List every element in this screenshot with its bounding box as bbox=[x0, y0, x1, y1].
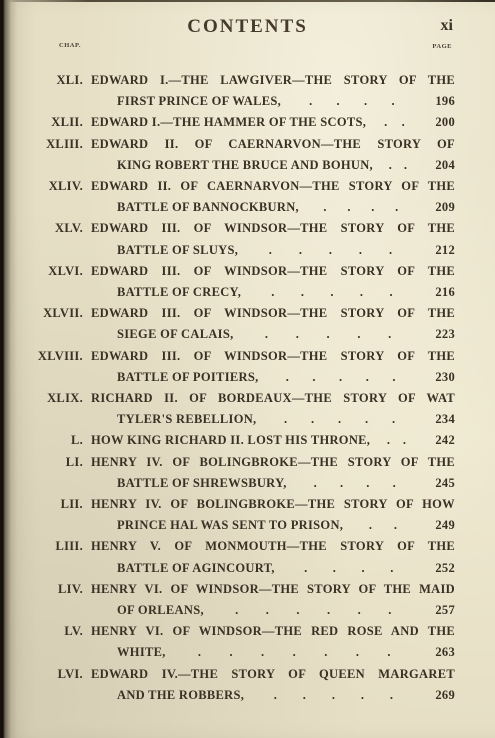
entry-body: EDWARD III. OF WINDSOR—THE STORY OF THES… bbox=[91, 303, 455, 345]
leader-dot: . bbox=[330, 282, 333, 303]
toc-entry: XLIV.EDWARD II. OF CAERNARVON—THE STORY … bbox=[28, 176, 455, 218]
entry-page-number: 257 bbox=[423, 600, 455, 621]
leader-dot: . bbox=[403, 430, 406, 451]
leader-dot: . bbox=[198, 642, 201, 663]
toc-entry: LIII.HENRY V. OF MONMOUTH—THE STORY OF T… bbox=[28, 536, 455, 578]
chapter-number: LVI. bbox=[28, 664, 91, 685]
leader-dot: . bbox=[390, 558, 393, 579]
leader-dot: . bbox=[293, 642, 296, 663]
toc-entry: LVI.EDWARD IV.—THE STORY OF QUEEN MARGAR… bbox=[28, 664, 455, 706]
leader-dot: . bbox=[389, 240, 392, 261]
leader-dot: . bbox=[284, 409, 287, 430]
entry-text: FIRST PRINCE OF WALES, bbox=[91, 91, 281, 112]
leader-dot: . bbox=[361, 685, 364, 706]
leader-dot: . bbox=[324, 642, 327, 663]
leader-dot: . bbox=[314, 473, 317, 494]
entry-body: RICHARD II. OF BORDEAUX—THE STORY OF WAT… bbox=[91, 388, 455, 430]
folio-number: xi bbox=[441, 17, 453, 35]
leader-dot: . bbox=[387, 430, 390, 451]
entry-page-line: HOW KING RICHARD II. LOST HIS THRONE,..2… bbox=[91, 430, 455, 451]
entry-title-line: HENRY IV. OF BOLINGBROKE—THE STORY OF TH… bbox=[91, 452, 455, 473]
entry-title-line: HENRY VI. OF WINDSOR—THE STORY OF THE MA… bbox=[91, 579, 455, 600]
entry-page-line: TYLER'S REBELLION,.....234 bbox=[91, 409, 455, 430]
leader-dot: . bbox=[339, 367, 342, 388]
entry-text: BATTLE OF POITIERS, bbox=[91, 367, 259, 388]
entry-text: EDWARD I.—THE HAMMER OF THE SCOTS, bbox=[91, 112, 366, 133]
dot-leader: ...... bbox=[204, 600, 423, 621]
chapter-number: LV. bbox=[28, 621, 91, 642]
leader-dot: . bbox=[274, 685, 277, 706]
leader-dot: . bbox=[311, 409, 314, 430]
leader-dot: . bbox=[388, 600, 391, 621]
entry-title-line: EDWARD II. OF CAERNARVON—THE STORY OF bbox=[91, 134, 455, 155]
dot-leader: ....... bbox=[166, 642, 423, 663]
entry-body: HENRY VI. OF WINDSOR—THE STORY OF THE MA… bbox=[91, 579, 455, 621]
chapter-number: XLVIII. bbox=[28, 346, 91, 367]
leader-dot: . bbox=[309, 91, 312, 112]
entry-page-number: 249 bbox=[423, 515, 455, 536]
dot-leader: .. bbox=[370, 430, 423, 451]
leader-dot: . bbox=[329, 240, 332, 261]
entry-title-line: RICHARD II. OF BORDEAUX—THE STORY OF WAT bbox=[91, 388, 455, 409]
entry-body: HENRY VI. OF WINDSOR—THE RED ROSE AND TH… bbox=[91, 621, 455, 663]
entry-page-number: 216 bbox=[423, 282, 455, 303]
entry-title-line: EDWARD III. OF WINDSOR—THE STORY OF THE bbox=[91, 218, 455, 239]
entry-page-number: 223 bbox=[423, 324, 455, 345]
leader-dot: . bbox=[323, 197, 326, 218]
leader-dot: . bbox=[235, 600, 238, 621]
entry-body: EDWARD IV.—THE STORY OF QUEEN MARGARETAN… bbox=[91, 664, 455, 706]
dot-leader: .. bbox=[373, 155, 423, 176]
leader-dot: . bbox=[337, 91, 340, 112]
entry-body: EDWARD I.—THE HAMMER OF THE SCOTS,..200 bbox=[91, 112, 455, 133]
entry-page-line: BATTLE OF POITIERS,.....230 bbox=[91, 367, 455, 388]
entry-text: BATTLE OF SLUYS, bbox=[91, 240, 238, 261]
entry-body: EDWARD III. OF WINDSOR—THE STORY OF THEB… bbox=[91, 218, 455, 260]
leader-dot: . bbox=[266, 600, 269, 621]
leader-dot: . bbox=[404, 155, 407, 176]
entry-page-line: SIEGE OF CALAIS,.....223 bbox=[91, 324, 455, 345]
toc-entry: L.HOW KING RICHARD II. LOST HIS THRONE,.… bbox=[28, 430, 455, 451]
leader-dot: . bbox=[390, 685, 393, 706]
dot-leader: .... bbox=[281, 91, 423, 112]
entry-page-line: BATTLE OF SHREWSBURY,....245 bbox=[91, 473, 455, 494]
toc-entry: XLVIII.EDWARD III. OF WINDSOR—THE STORY … bbox=[28, 346, 455, 388]
leader-dot: . bbox=[392, 409, 395, 430]
dot-leader: ..... bbox=[259, 367, 424, 388]
leader-dot: . bbox=[327, 324, 330, 345]
leader-dot: . bbox=[358, 600, 361, 621]
entry-page-line: KING ROBERT THE BRUCE AND BOHUN,..204 bbox=[91, 155, 455, 176]
entry-body: EDWARD III. OF WINDSOR—THE STORY OF THEB… bbox=[91, 346, 455, 388]
leader-dot: . bbox=[360, 282, 363, 303]
entry-body: EDWARD II. OF CAERNARVON—THE STORY OFKIN… bbox=[91, 134, 455, 176]
page-header: CONTENTS xi CHAP. PAGE bbox=[0, 0, 495, 54]
leader-dot: . bbox=[384, 112, 387, 133]
leader-dot: . bbox=[394, 515, 397, 536]
leader-dot: . bbox=[393, 473, 396, 494]
entry-title-line: EDWARD I.—THE LAWGIVER—THE STORY OF THE bbox=[91, 70, 455, 91]
entry-body: EDWARD I.—THE LAWGIVER—THE STORY OF THEF… bbox=[91, 70, 455, 112]
chapter-number: LII. bbox=[28, 494, 91, 515]
leader-dot: . bbox=[366, 367, 369, 388]
chapter-number: XLIII. bbox=[28, 134, 91, 155]
entry-title-line: EDWARD II. OF CAERNARVON—THE STORY OF TH… bbox=[91, 176, 455, 197]
toc-entry: LII.HENRY IV. OF BOLINGBROKE—THE STORY O… bbox=[28, 494, 455, 536]
toc-list: XLI.EDWARD I.—THE LAWGIVER—THE STORY OF … bbox=[28, 70, 455, 706]
entry-page-number: 200 bbox=[423, 112, 455, 133]
page-title: CONTENTS bbox=[0, 16, 495, 38]
leader-dot: . bbox=[391, 91, 394, 112]
entry-body: HOW KING RICHARD II. LOST HIS THRONE,..2… bbox=[91, 430, 455, 451]
leader-dot: . bbox=[402, 112, 405, 133]
leader-dot: . bbox=[304, 558, 307, 579]
leader-dot: . bbox=[303, 685, 306, 706]
leader-dot: . bbox=[269, 240, 272, 261]
entry-text: OF ORLEANS, bbox=[91, 600, 204, 621]
entry-title-line: EDWARD III. OF WINDSOR—THE STORY OF THE bbox=[91, 303, 455, 324]
entry-page-number: 252 bbox=[423, 558, 455, 579]
leader-dot: . bbox=[389, 155, 392, 176]
entry-page-number: 269 bbox=[423, 685, 455, 706]
entry-page-number: 196 bbox=[423, 91, 455, 112]
entry-page-line: AND THE ROBBERS,.....269 bbox=[91, 685, 455, 706]
leader-dot: . bbox=[364, 91, 367, 112]
entry-title-line: HENRY VI. OF WINDSOR—THE RED ROSE AND TH… bbox=[91, 621, 455, 642]
toc-entry: XLIX.RICHARD II. OF BORDEAUX—THE STORY O… bbox=[28, 388, 455, 430]
entry-page-line: PRINCE HAL WAS SENT TO PRISON,..249 bbox=[91, 515, 455, 536]
leader-dot: . bbox=[362, 558, 365, 579]
chapter-number: LIII. bbox=[28, 536, 91, 557]
leader-dot: . bbox=[347, 197, 350, 218]
leader-dot: . bbox=[369, 515, 372, 536]
leader-dot: . bbox=[389, 282, 392, 303]
entry-text: HOW KING RICHARD II. LOST HIS THRONE, bbox=[91, 430, 370, 451]
leader-dot: . bbox=[327, 600, 330, 621]
entry-page-number: 230 bbox=[423, 367, 455, 388]
leader-dot: . bbox=[371, 197, 374, 218]
entry-page-line: BATTLE OF CRECY,.....216 bbox=[91, 282, 455, 303]
entry-page-number: 245 bbox=[423, 473, 455, 494]
chapter-number: XLIX. bbox=[28, 388, 91, 409]
entry-title-line: HENRY IV. OF BOLINGBROKE—THE STORY OF HO… bbox=[91, 494, 455, 515]
entry-text: TYLER'S REBELLION, bbox=[91, 409, 256, 430]
entry-page-line: WHITE,.......263 bbox=[91, 642, 455, 663]
chapter-number: XLVI. bbox=[28, 261, 91, 282]
leader-dot: . bbox=[265, 324, 268, 345]
toc-entry: LV.HENRY VI. OF WINDSOR—THE RED ROSE AND… bbox=[28, 621, 455, 663]
leader-dot: . bbox=[271, 282, 274, 303]
leader-dot: . bbox=[301, 282, 304, 303]
leader-dot: . bbox=[388, 324, 391, 345]
book-gutter-edge bbox=[0, 0, 18, 738]
dot-leader: ..... bbox=[256, 409, 423, 430]
leader-dot: . bbox=[296, 600, 299, 621]
dot-leader: .... bbox=[275, 558, 423, 579]
leader-dot: . bbox=[366, 473, 369, 494]
entry-page-line: BATTLE OF AGINCOURT,....252 bbox=[91, 558, 455, 579]
entry-page-number: 263 bbox=[423, 642, 455, 663]
entry-page-line: BATTLE OF SLUYS,.....212 bbox=[91, 240, 455, 261]
entry-title-line: EDWARD III. OF WINDSOR—THE STORY OF THE bbox=[91, 261, 455, 282]
entry-page-number: 212 bbox=[423, 240, 455, 261]
entry-text: SIEGE OF CALAIS, bbox=[91, 324, 234, 345]
entry-body: HENRY IV. OF BOLINGBROKE—THE STORY OF TH… bbox=[91, 452, 455, 494]
toc-entry: XLVII.EDWARD III. OF WINDSOR—THE STORY O… bbox=[28, 303, 455, 345]
entry-text: KING ROBERT THE BRUCE AND BOHUN, bbox=[91, 155, 373, 176]
leader-dot: . bbox=[357, 324, 360, 345]
leader-dot: . bbox=[333, 558, 336, 579]
dot-leader: ..... bbox=[241, 282, 423, 303]
entry-body: HENRY V. OF MONMOUTH—THE STORY OF THEBAT… bbox=[91, 536, 455, 578]
leader-dot: . bbox=[387, 642, 390, 663]
entry-page-number: 242 bbox=[423, 430, 455, 451]
leader-dot: . bbox=[395, 197, 398, 218]
dot-leader: ..... bbox=[238, 240, 423, 261]
leader-dot: . bbox=[296, 324, 299, 345]
entry-body: EDWARD III. OF WINDSOR—THE STORY OF THEB… bbox=[91, 261, 455, 303]
chapter-number: XLVII. bbox=[28, 303, 91, 324]
leader-dot: . bbox=[392, 367, 395, 388]
chapter-column-label: CHAP. bbox=[59, 42, 81, 49]
leader-dot: . bbox=[299, 240, 302, 261]
dot-leader: .. bbox=[366, 112, 423, 133]
entry-body: HENRY IV. OF BOLINGBROKE—THE STORY OF HO… bbox=[91, 494, 455, 536]
entry-body: EDWARD II. OF CAERNARVON—THE STORY OF TH… bbox=[91, 176, 455, 218]
dot-leader: .... bbox=[287, 473, 423, 494]
entry-text: BATTLE OF AGINCOURT, bbox=[91, 558, 275, 579]
toc-entry: XLI.EDWARD I.—THE LAWGIVER—THE STORY OF … bbox=[28, 70, 455, 112]
entry-page-number: 234 bbox=[423, 409, 455, 430]
dot-leader: .. bbox=[343, 515, 423, 536]
entry-text: WHITE, bbox=[91, 642, 166, 663]
entry-text: PRINCE HAL WAS SENT TO PRISON, bbox=[91, 515, 343, 536]
dot-leader: ..... bbox=[244, 685, 423, 706]
entry-page-line: FIRST PRINCE OF WALES,....196 bbox=[91, 91, 455, 112]
leader-dot: . bbox=[229, 642, 232, 663]
toc-entry: XLV.EDWARD III. OF WINDSOR—THE STORY OF … bbox=[28, 218, 455, 260]
entry-page-number: 209 bbox=[423, 197, 455, 218]
entry-title-line: HENRY V. OF MONMOUTH—THE STORY OF THE bbox=[91, 536, 455, 557]
page-column-label: PAGE bbox=[432, 43, 452, 50]
leader-dot: . bbox=[312, 367, 315, 388]
entry-page-line: OF ORLEANS,......257 bbox=[91, 600, 455, 621]
entry-page-line: BATTLE OF BANNOCKBURN,....209 bbox=[91, 197, 455, 218]
chapter-number: XLIV. bbox=[28, 176, 91, 197]
dot-leader: .... bbox=[299, 197, 423, 218]
toc-entry: XLVI.EDWARD III. OF WINDSOR—THE STORY OF… bbox=[28, 261, 455, 303]
toc-entry: XLIII.EDWARD II. OF CAERNARVON—THE STORY… bbox=[28, 134, 455, 176]
leader-dot: . bbox=[359, 240, 362, 261]
leader-dot: . bbox=[340, 473, 343, 494]
entry-title-line: EDWARD IV.—THE STORY OF QUEEN MARGARET bbox=[91, 664, 455, 685]
entry-text: BATTLE OF BANNOCKBURN, bbox=[91, 197, 299, 218]
toc-entry: LIV.HENRY VI. OF WINDSOR—THE STORY OF TH… bbox=[28, 579, 455, 621]
leader-dot: . bbox=[261, 642, 264, 663]
chapter-number: XLI. bbox=[28, 70, 91, 91]
chapter-number: LI. bbox=[28, 452, 91, 473]
chapter-number: L. bbox=[28, 430, 91, 451]
leader-dot: . bbox=[286, 367, 289, 388]
toc-entry: LI.HENRY IV. OF BOLINGBROKE—THE STORY OF… bbox=[28, 452, 455, 494]
toc-entry: XLII.EDWARD I.—THE HAMMER OF THE SCOTS,.… bbox=[28, 112, 455, 133]
entry-page-line: EDWARD I.—THE HAMMER OF THE SCOTS,..200 bbox=[91, 112, 455, 133]
entry-page-number: 204 bbox=[423, 155, 455, 176]
dot-leader: ..... bbox=[234, 324, 423, 345]
entry-text: AND THE ROBBERS, bbox=[91, 685, 244, 706]
entry-text: BATTLE OF CRECY, bbox=[91, 282, 241, 303]
leader-dot: . bbox=[356, 642, 359, 663]
chapter-number: LIV. bbox=[28, 579, 91, 600]
leader-dot: . bbox=[332, 685, 335, 706]
chapter-number: XLV. bbox=[28, 218, 91, 239]
entry-title-line: EDWARD III. OF WINDSOR—THE STORY OF THE bbox=[91, 346, 455, 367]
leader-dot: . bbox=[365, 409, 368, 430]
leader-dot: . bbox=[338, 409, 341, 430]
entry-text: BATTLE OF SHREWSBURY, bbox=[91, 473, 287, 494]
chapter-number: XLII. bbox=[28, 112, 91, 133]
